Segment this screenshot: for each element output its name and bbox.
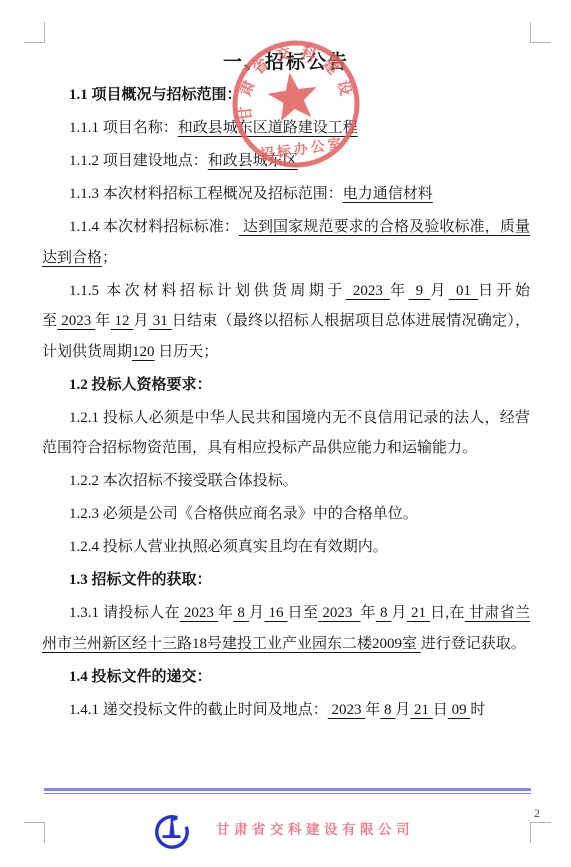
- text-run: 日,在: [430, 605, 465, 621]
- text-run: 1.1 项目概况与招标范围：: [69, 87, 242, 103]
- document-page: 一、招标公告 1.1 项目概况与招标范围：1.1.1 项目名称：和政县城东区道路…: [0, 0, 571, 867]
- text-run: 1.2 投标人资格要求：: [69, 377, 212, 393]
- underlined-text-run: 31: [149, 313, 172, 329]
- paragraph: 1.2.4 投标人营业执照必须真实且均在有效期内。: [42, 532, 530, 563]
- text-run: 年: [365, 702, 380, 718]
- underlined-text-run: 9: [409, 283, 431, 299]
- underlined-text-run: 8: [233, 605, 249, 621]
- margin-corner-mark: [24, 22, 45, 43]
- footer-divider-line: [44, 788, 531, 794]
- underlined-text-run: 8: [376, 605, 392, 621]
- text-run: 年: [390, 283, 408, 299]
- underlined-text-run: 12: [111, 313, 134, 329]
- underlined-text-run: 2023: [57, 313, 95, 329]
- text-run: 1.1.4 本次材料招标标准：: [69, 219, 239, 235]
- text-run: 日至: [288, 605, 319, 621]
- paragraph: 1.2.2 本次招标不接受联合体投标。: [42, 466, 530, 497]
- paragraph: 1.1.2 项目建设地点：和政县城东区: [42, 146, 530, 177]
- text-run: 1.2.3 必须是公司《合格供应商名录》中的合格单位。: [69, 506, 418, 522]
- underlined-text-run: 8: [380, 702, 395, 718]
- text-run: 月: [395, 702, 410, 718]
- text-run: 1.4.1 递交投标文件的截止时间及地点：: [69, 702, 328, 718]
- text-run: ；: [102, 250, 117, 266]
- text-run: 1.4 投标文件的递交：: [69, 669, 212, 685]
- underlined-text-run: 21: [407, 605, 430, 621]
- text-run: 时: [470, 702, 485, 718]
- section-heading: 1.4 投标文件的递交：: [42, 662, 530, 693]
- paragraph: 1.3.1 请投标人在 2023 年 8 月 16 日至 2023 年 8 月 …: [42, 598, 530, 659]
- text-run: 年: [218, 605, 233, 621]
- underlined-text-run: 和政县城东区道路建设工程: [178, 120, 358, 136]
- paragraph: 1.1.4 本次材料招标标准： 达到国家规范要求的合格及验收标准，质量达到合格；: [42, 212, 530, 273]
- section-heading: 1.3 招标文件的获取：: [42, 565, 530, 596]
- underlined-text-run: 2023: [328, 702, 366, 718]
- underlined-text-run: 16: [264, 605, 287, 621]
- underlined-text-run: 和政县城东区: [208, 153, 298, 169]
- text-run: 1.2.4 投标人营业执照必须真实且均在有效期内。: [69, 539, 388, 555]
- footer-company-name: 甘肃省交科建设有限公司: [216, 818, 414, 838]
- underlined-text-run: 01: [449, 283, 478, 299]
- underlined-text-run: 21: [410, 702, 433, 718]
- text-run: 1.3.1 请投标人在: [69, 605, 180, 621]
- text-run: 1.1.1 项目名称：: [69, 120, 178, 136]
- text-run: 月: [392, 605, 407, 621]
- text-run: 1.1.3 本次材料招标工程概况及招标范围：: [69, 186, 343, 202]
- document-title: 一、招标公告: [42, 47, 530, 78]
- paragraph: 1.2.3 必须是公司《合格供应商名录》中的合格单位。: [42, 499, 530, 530]
- underlined-text-run: 09: [448, 702, 471, 718]
- text-run: 年: [95, 313, 110, 329]
- margin-corner-mark: [530, 22, 551, 43]
- text-run: 日: [433, 702, 448, 718]
- margin-corner-mark: [530, 822, 551, 843]
- paragraph: 1.1.3 本次材料招标工程概况及招标范围：电力通信材料: [42, 179, 530, 210]
- section-heading: 1.2 投标人资格要求：: [42, 370, 530, 401]
- company-logo-icon: [153, 811, 191, 851]
- text-run: 1.1.5 本次材料招标计划供货周期于: [69, 283, 346, 299]
- paragraph: 1.4.1 递交投标文件的截止时间及地点： 2023 年 8 月 21 日 09…: [42, 695, 530, 726]
- text-run: 日历天；: [155, 344, 219, 360]
- paragraph: 1.1.5 本次材料招标计划供货周期于 2023 年 9 月 01 日开始至 2…: [42, 276, 530, 368]
- document-body: 一、招标公告 1.1 项目概况与招标范围：1.1.1 项目名称：和政县城东区道路…: [42, 47, 530, 728]
- underlined-text-run: 2023: [180, 605, 218, 621]
- section-heading: 1.1 项目概况与招标范围：: [42, 80, 530, 111]
- text-run: 月: [430, 283, 448, 299]
- page-number: 2: [534, 806, 540, 821]
- text-run: 1.2.1 投标人必须是中华人民共和国境内无不良信用记录的法人，经营范围符合招标…: [42, 410, 530, 457]
- underlined-text-run: 2023: [318, 605, 360, 621]
- text-run: 进行登记获取。: [421, 636, 526, 652]
- text-run: 1.2.2 本次招标不接受联合体投标。: [69, 473, 298, 489]
- text-run: 1.3 招标文件的获取：: [69, 572, 212, 588]
- paragraph: 1.2.1 投标人必须是中华人民共和国境内无不良信用记录的法人，经营范围符合招标…: [42, 403, 530, 464]
- underlined-text-run: 电力通信材料: [343, 186, 433, 202]
- paragraph: 1.1.1 项目名称：和政县城东区道路建设工程: [42, 113, 530, 144]
- text-run: 年: [361, 605, 376, 621]
- text-run: 月: [249, 605, 264, 621]
- margin-corner-mark: [24, 822, 45, 843]
- text-run: 1.1.2 项目建设地点：: [69, 153, 208, 169]
- underlined-text-run: 2023: [346, 283, 390, 299]
- text-run: 月: [134, 313, 149, 329]
- underlined-text-run: 120: [132, 344, 155, 360]
